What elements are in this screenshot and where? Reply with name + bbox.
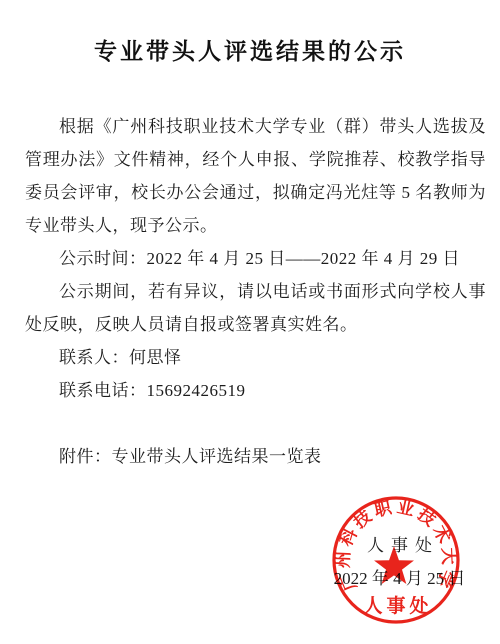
contact-person-line: 联系人：何思怿 — [25, 341, 486, 374]
seal-arc-text: 广州科技职业技术大学 — [334, 497, 460, 593]
svg-text:广州科技职业技术大学: 广州科技职业技术大学 — [334, 497, 460, 593]
intro-paragraph: 根据《广州科技职业技术大学专业（群）带头人选拔及管理办法》文件精神，经个人申报、… — [25, 110, 486, 242]
notice-document: 专业带头人评选结果的公示 根据《广州科技职业技术大学专业（群）带头人选拔及管理办… — [0, 0, 500, 644]
notice-period-line: 公示时间：2022 年 4 月 25 日——2022 年 4 月 29 日 — [25, 242, 486, 275]
seal-department-text: 人事处 — [363, 594, 432, 617]
official-seal: 广州科技职业技术大学 人事处 — [329, 493, 463, 627]
notice-body: 根据《广州科技职业技术大学专业（群）带头人选拔及管理办法》文件精神，经个人申报、… — [0, 110, 500, 473]
objection-paragraph: 公示期间，若有异议，请以电话或书面形式向学校人事处反映，反映人员请自报或签署真实… — [25, 275, 486, 341]
contact-phone-line: 联系电话：15692426519 — [25, 374, 486, 407]
notice-title: 专业带头人评选结果的公示 — [0, 36, 500, 66]
red-star-icon — [374, 546, 414, 584]
attachment-line: 附件：专业带头人评选结果一览表 — [25, 440, 486, 473]
